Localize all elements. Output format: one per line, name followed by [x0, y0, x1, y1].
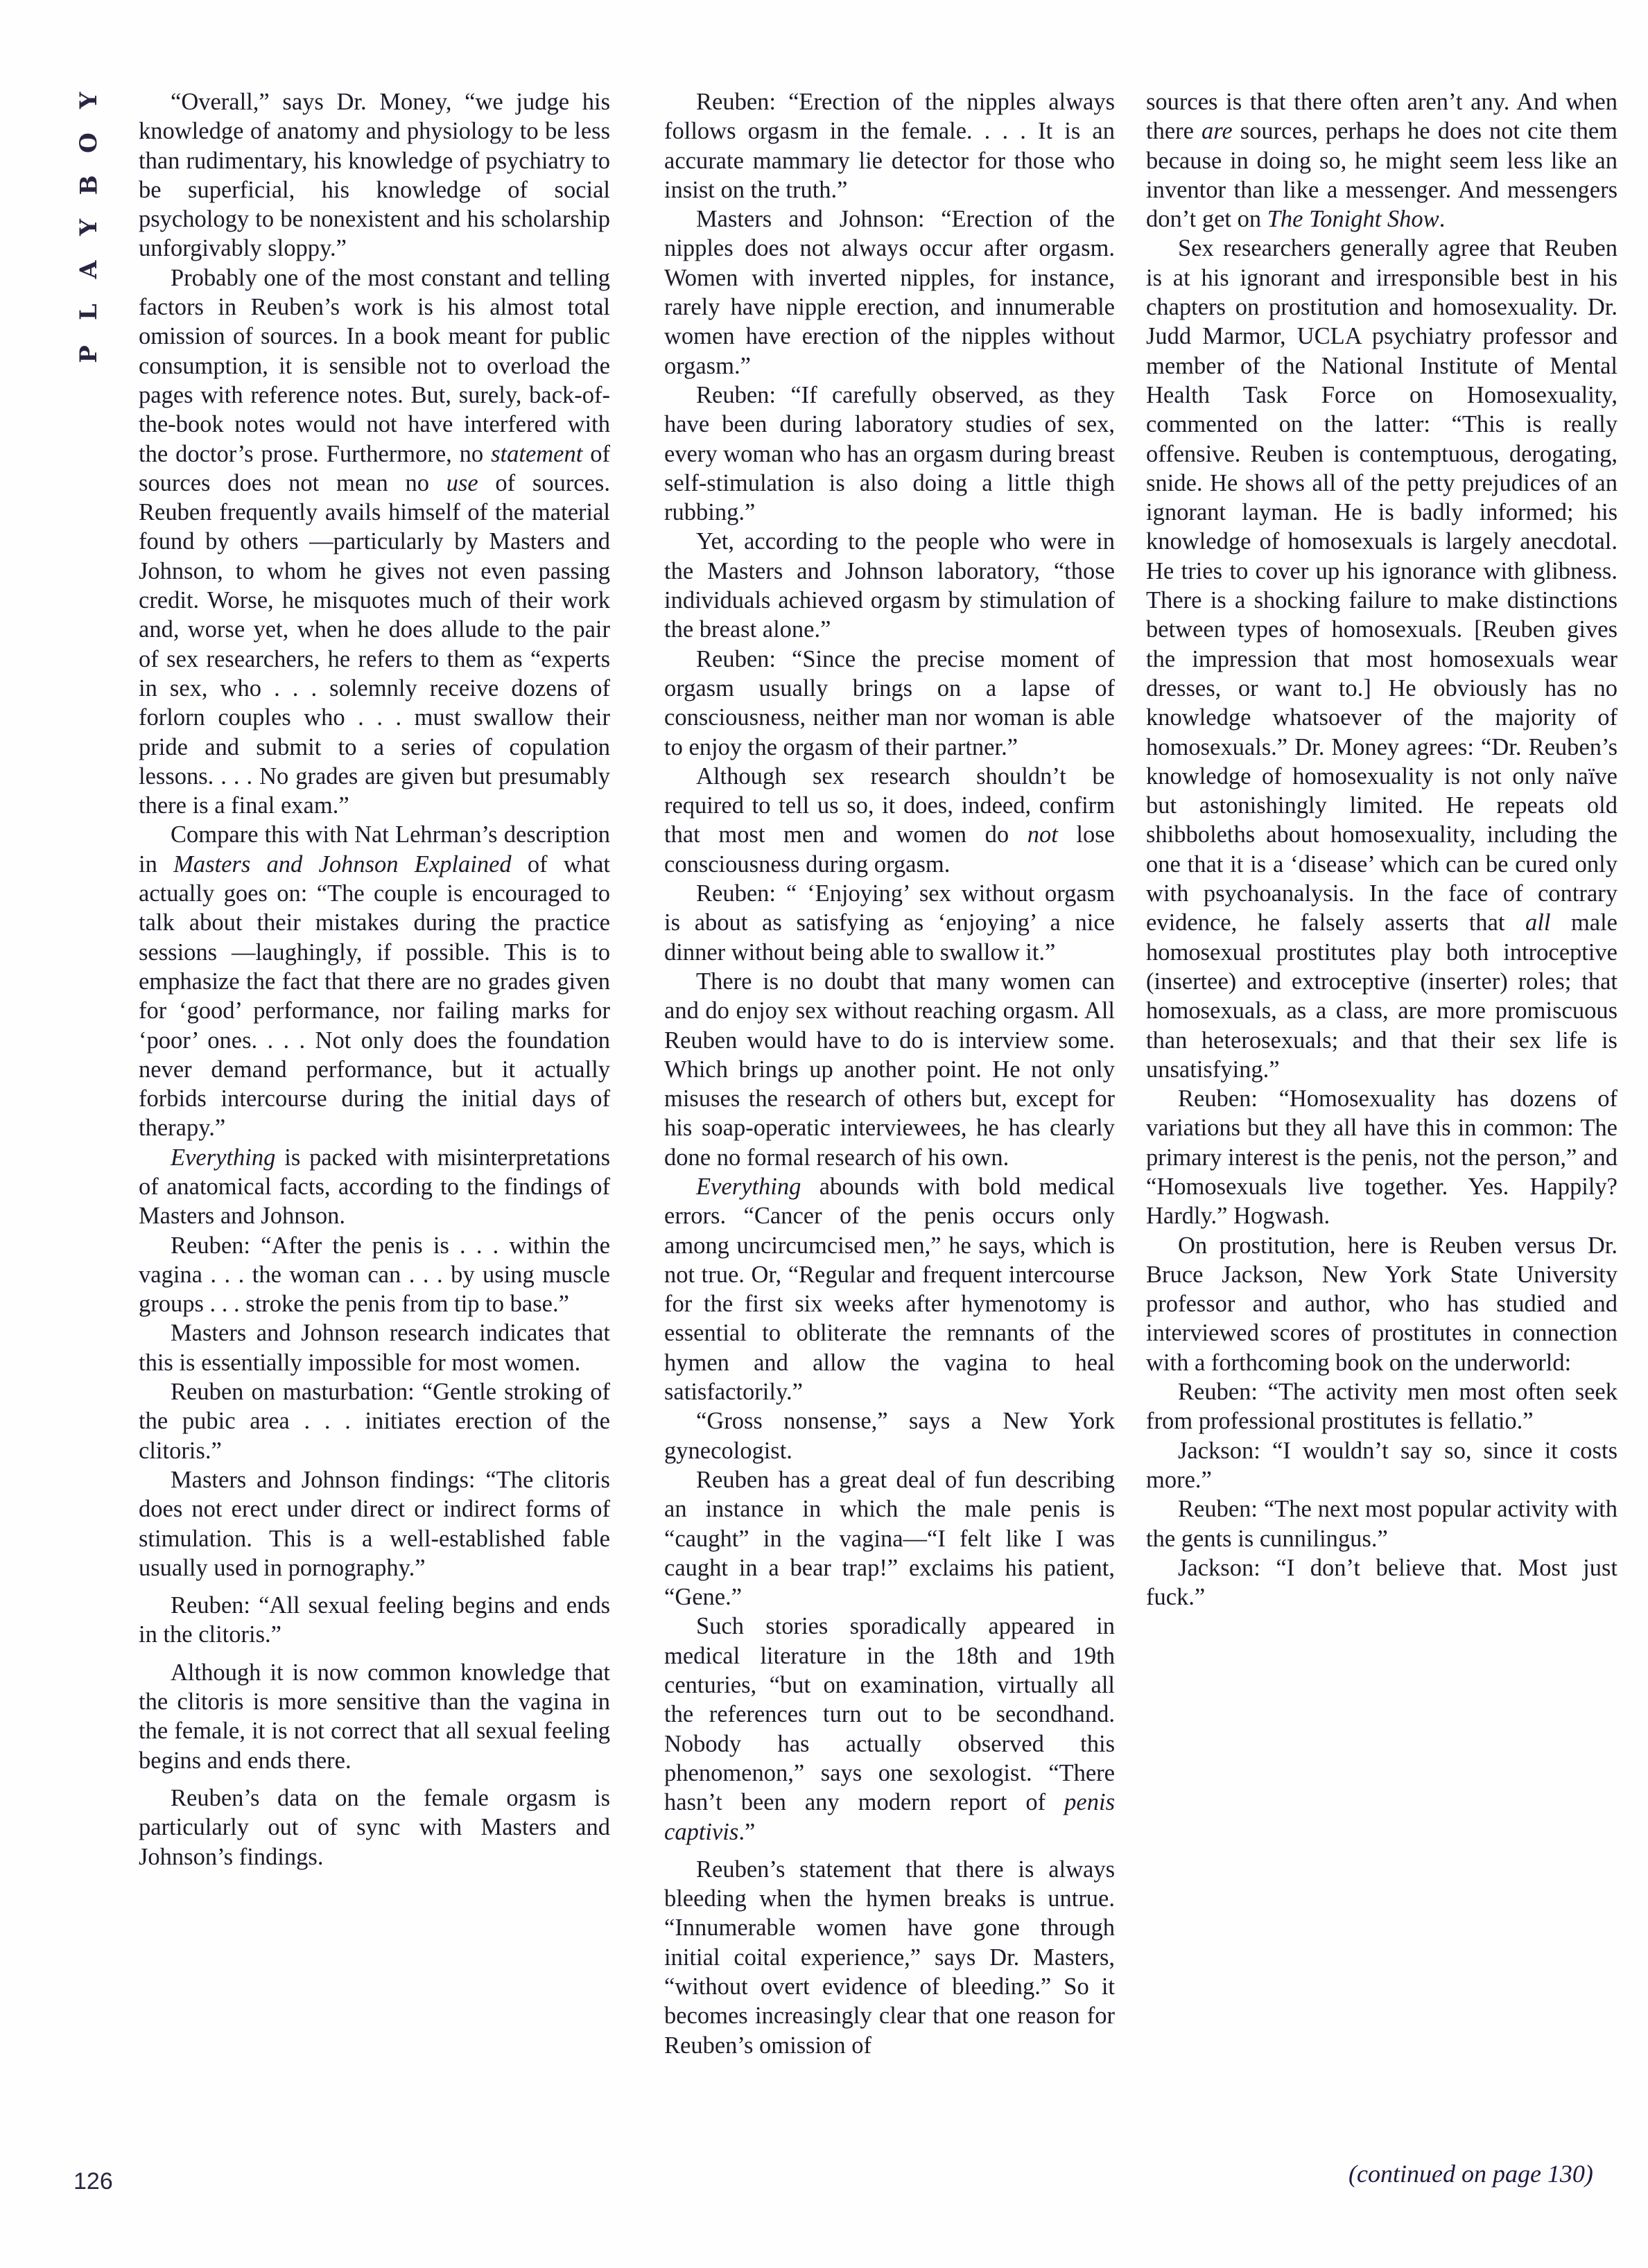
paragraph: Sex researchers generally agree that Reu…: [1146, 234, 1617, 1084]
paragraph: Reuben: “Erection of the nipples always …: [664, 87, 1115, 204]
paragraph: Yet, according to the people who were in…: [664, 527, 1115, 644]
magazine-page: Y O B Y A L P “Overall,” says Dr. Money,…: [0, 0, 1648, 2268]
paragraph: On prostitution, here is Reuben versus D…: [1146, 1231, 1617, 1377]
paragraph: Jackson: “I wouldn’t say so, since it co…: [1146, 1436, 1617, 1495]
paragraph: Reuben has a great deal of fun describin…: [664, 1465, 1115, 1612]
continued-note: (continued on page 130): [1348, 2159, 1593, 2188]
paragraph: Such stories sporadically appeared in me…: [664, 1612, 1115, 1846]
sidebar-letter: O: [77, 132, 101, 153]
paragraph: Jackson: “I don’t believe that. Most jus…: [1146, 1553, 1617, 1612]
paragraph: Reuben: “ ‘Enjoying’ sex without orgasm …: [664, 879, 1115, 967]
sidebar-letter: P: [77, 345, 101, 363]
paragraph: Reuben’s data on the female orgasm is pa…: [139, 1783, 610, 1872]
paragraph: Masters and Johnson findings: “The clito…: [139, 1465, 610, 1582]
paragraph: Reuben: “The next most popular activity …: [1146, 1494, 1617, 1553]
paragraph: Probably one of the most constant and te…: [139, 263, 610, 821]
article-column-1: “Overall,” says Dr. Money, “we judge his…: [139, 87, 610, 1872]
paragraph: Although it is now common knowledge that…: [139, 1658, 610, 1775]
paragraph: There is no doubt that many women can an…: [664, 967, 1115, 1172]
paragraph: Although sex research shouldn’t be requi…: [664, 762, 1115, 879]
article-column-3: sources is that there often aren’t any. …: [1146, 87, 1617, 1612]
sidebar-letter: B: [77, 175, 101, 195]
paragraph: “Gross nonsense,” says a New York gyneco…: [664, 1406, 1115, 1465]
sidebar-letter: A: [77, 261, 101, 279]
sidebar-letter: L: [77, 304, 101, 320]
paragraph: Everything is packed with misinterpretat…: [139, 1143, 610, 1231]
sidebar-letter: Y: [77, 219, 101, 236]
paragraph: Reuben’s statement that there is always …: [664, 1855, 1115, 2060]
paragraph: Masters and Johnson: “Erection of the ni…: [664, 204, 1115, 381]
paragraph: sources is that there often aren’t any. …: [1146, 87, 1617, 234]
paragraph: Reuben: “The activity men most often see…: [1146, 1377, 1617, 1436]
paragraph: Everything abounds with bold medical err…: [664, 1172, 1115, 1406]
page-number: 126: [73, 2168, 113, 2195]
paragraph: Masters and Johnson research indicates t…: [139, 1318, 610, 1377]
paragraph: Reuben on masturbation: “Gentle stroking…: [139, 1377, 610, 1465]
paragraph: Reuben: “Since the precise moment of org…: [664, 645, 1115, 762]
paragraph: Compare this with Nat Lehrman’s descript…: [139, 820, 610, 1142]
paragraph: Reuben: “All sexual feeling begins and e…: [139, 1591, 610, 1650]
sidebar-letter: Y: [77, 92, 101, 109]
paragraph: Reuben: “If carefully observed, as they …: [664, 381, 1115, 527]
playboy-vertical-label: Y O B Y A L P: [75, 89, 103, 366]
paragraph: “Overall,” says Dr. Money, “we judge his…: [139, 87, 610, 263]
paragraph: Reuben: “Homosexuality has dozens of var…: [1146, 1084, 1617, 1230]
article-column-2: Reuben: “Erection of the nipples always …: [664, 87, 1115, 2060]
paragraph: Reuben: “After the penis is . . . within…: [139, 1231, 610, 1319]
